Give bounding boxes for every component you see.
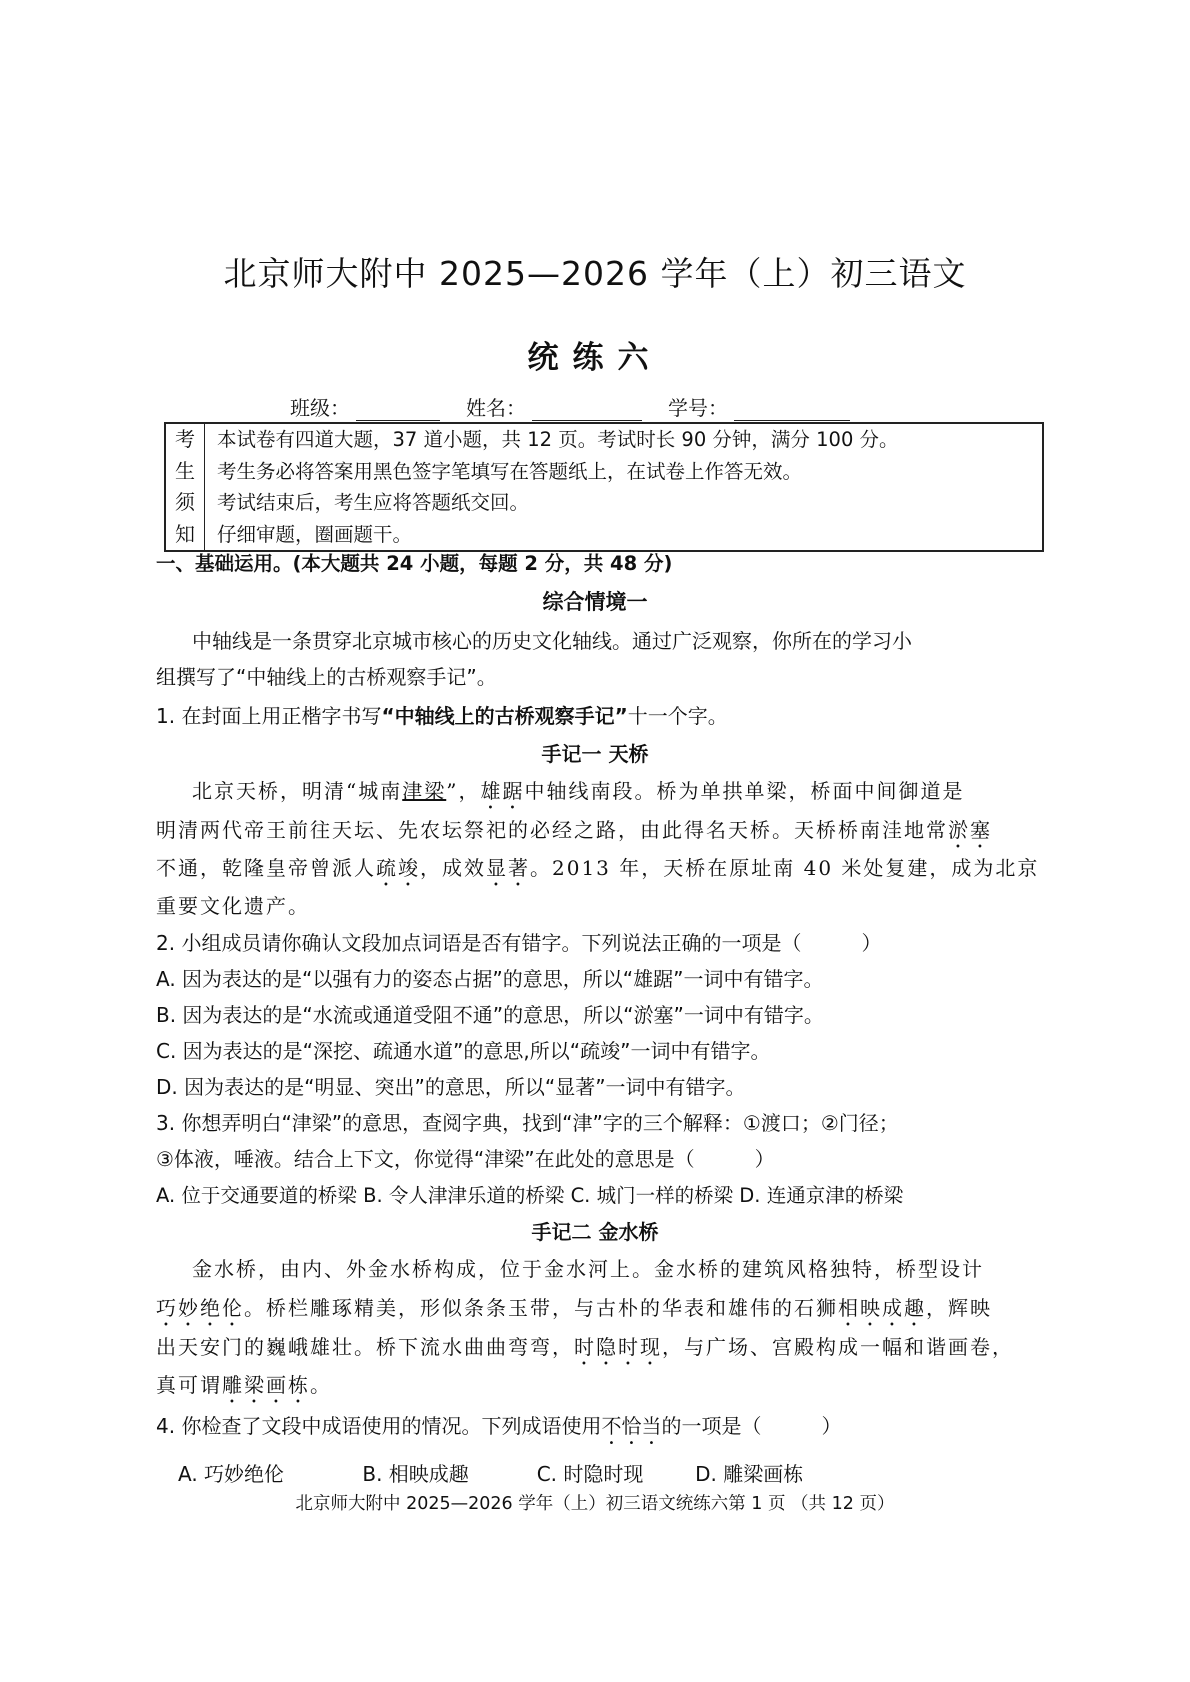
name-blank[interactable] xyxy=(532,400,642,421)
dotted-idiom-diaoliánghuadong: 雕梁画栋 xyxy=(222,1373,310,1397)
dotted-idiom-qiaomiaojuelun: 巧妙绝伦 xyxy=(156,1296,244,1320)
q4-option-d[interactable]: D. 雕梁画栋 xyxy=(695,1458,803,1487)
notice-row: 知 仔细审题，圈画题干。 xyxy=(166,519,1042,551)
class-field[interactable]: 班级： xyxy=(290,392,440,421)
notice-side-label: 知 xyxy=(166,519,205,551)
note1-line: 不通，乾隆皇帝曾派人疏竣，成效显著。2013 年，天桥在原址南 40 米处复建，… xyxy=(156,852,1039,891)
notice-side-label: 考 xyxy=(166,424,205,456)
note2-title: 手记二 金水桥 xyxy=(0,1216,1190,1245)
note1-line: 重要文化遗产。 xyxy=(156,890,310,919)
note2-line: 真可谓雕梁画栋。 xyxy=(156,1369,332,1408)
exam-subtitle: 统练六 xyxy=(0,332,1190,377)
q4-options: A. 巧妙绝伦 B. 相映成趣 C. 时隐时现 D. 雕梁画栋 xyxy=(178,1458,803,1487)
dotted-word-yuse: 淤塞 xyxy=(948,818,992,842)
dotted-idiom-xiangyingchengqu: 相映成趣 xyxy=(838,1296,926,1320)
exam-title: 北京师大附中 2025—2026 学年（上）初三语文 xyxy=(0,248,1190,295)
q1-suffix: 十一个字。 xyxy=(628,704,728,728)
student-info-fields: 班级： 姓名： 学号： xyxy=(290,392,850,421)
context-title: 综合情境一 xyxy=(0,586,1190,616)
note1-line: 北京天桥，明清“城南津梁”，雄踞中轴线南段。桥为单拱单梁，桥面中间御道是 xyxy=(192,775,964,814)
name-label: 姓名： xyxy=(466,392,526,421)
class-label: 班级： xyxy=(290,392,350,421)
student-id-label: 学号： xyxy=(668,392,728,421)
page-footer: 北京师大附中 2025—2026 学年（上）初三语文统练六第 1 页 （共 12… xyxy=(0,1490,1190,1515)
q4-option-b[interactable]: B. 相映成趣 xyxy=(362,1458,530,1487)
notice-line: 本试卷有四道大题，37 道小题，共 12 页。考试时长 90 分钟，满分 100… xyxy=(205,424,1043,456)
q2-option-a[interactable]: A. 因为表达的是“以强有力的姿态占据”的意思，所以“雄踞”一词中有错字。 xyxy=(156,963,824,992)
question-4-stem: 4. 你检查了文段中成语使用的情况。下列成语使用不恰当的一项是（ ） xyxy=(156,1410,841,1449)
note2-line: 金水桥，由内、外金水桥构成，位于金水河上。金水桥的建筑风格独特，桥型设计 xyxy=(192,1253,984,1282)
notice-row: 须 考试结束后，考生应将答题纸交回。 xyxy=(166,487,1042,519)
q1-prefix: 1. 在封面上用正楷字书写 xyxy=(156,704,381,728)
q2-option-b[interactable]: B. 因为表达的是“水流或通道受阻不通”的意思，所以“淤塞”一词中有错字。 xyxy=(156,999,824,1028)
dotted-word-buqiadang: 不恰当 xyxy=(601,1414,661,1438)
section-heading: 一、基础运用。(本大题共 24 小题，每题 2 分，共 48 分) xyxy=(156,548,672,576)
q1-target-text: “中轴线上的古桥观察手记” xyxy=(381,704,627,728)
intro-paragraph-line: 中轴线是一条贯穿北京城市核心的历史文化轴线。通过广泛观察，你所在的学习小 xyxy=(192,625,912,654)
q2-option-d[interactable]: D. 因为表达的是“明显、突出”的意思，所以“显著”一词中有错字。 xyxy=(156,1071,746,1100)
notice-line: 仔细审题，圈画题干。 xyxy=(205,519,1043,551)
note2-line: 出天安门的巍峨雄壮。桥下流水曲曲弯弯，时隐时现，与广场、宫殿构成一幅和谐画卷， xyxy=(156,1331,1014,1370)
dotted-word-shujun: 疏竣 xyxy=(376,856,420,880)
notice-line: 考试结束后，考生应将答题纸交回。 xyxy=(205,487,1043,519)
q3-options[interactable]: A. 位于交通要道的桥梁 B. 令人津津乐道的桥梁 C. 城门一样的桥梁 D. … xyxy=(156,1180,903,1208)
notice-row: 考 本试卷有四道大题，37 道小题，共 12 页。考试时长 90 分钟，满分 1… xyxy=(166,424,1042,456)
notice-side-label: 须 xyxy=(166,487,205,519)
notice-line: 考生务必将答案用黑色签字笔填写在答题纸上，在试卷上作答无效。 xyxy=(205,456,1043,488)
dotted-word-xianzhu: 显著 xyxy=(486,856,530,880)
notice-row: 生 考生务必将答案用黑色签字笔填写在答题纸上，在试卷上作答无效。 xyxy=(166,456,1042,488)
dotted-idiom-shiyinshixian: 时隐时现 xyxy=(574,1335,662,1359)
intro-paragraph-line: 组撰写了“中轴线上的古桥观察手记”。 xyxy=(156,661,497,690)
notice-side-label: 生 xyxy=(166,456,205,488)
name-field[interactable]: 姓名： xyxy=(466,392,642,421)
student-id-blank[interactable] xyxy=(734,400,850,421)
q4-option-a[interactable]: A. 巧妙绝伦 xyxy=(178,1458,356,1487)
dotted-word-xiongju: 雄踞 xyxy=(480,779,524,803)
q2-option-c[interactable]: C. 因为表达的是“深挖、疏通水道”的意思,所以“疏竣”一词中有错字。 xyxy=(156,1035,770,1064)
note1-title: 手记一 天桥 xyxy=(0,738,1190,767)
question-3-stem: 3. 你想弄明白“津梁”的意思，查阅字典，找到“津”字的三个解释：①渡口；②门径… xyxy=(156,1107,899,1136)
class-blank[interactable] xyxy=(356,400,440,421)
exam-notice-box: 考 本试卷有四道大题，37 道小题，共 12 页。考试时长 90 分钟，满分 1… xyxy=(164,422,1044,552)
note1-line: 明清两代帝王前往天坛、先农坛祭祀的必经之路，由此得名天桥。天桥桥南洼地常淤塞 xyxy=(156,814,992,853)
question-3-stem-cont: ③体液，唾液。结合上下文，你觉得“津梁”在此处的意思是（ ） xyxy=(156,1143,775,1172)
question-1: 1. 在封面上用正楷字书写“中轴线上的古桥观察手记”十一个字。 xyxy=(156,700,728,729)
q4-option-c[interactable]: C. 时隐时现 xyxy=(537,1458,689,1487)
underlined-word-jinliang: 津梁 xyxy=(402,779,446,803)
note2-line: 巧妙绝伦。桥栏雕琢精美，形似条条玉带，与古朴的华表和雄伟的石狮相映成趣，辉映 xyxy=(156,1292,992,1331)
student-id-field[interactable]: 学号： xyxy=(668,392,850,421)
question-2-stem: 2. 小组成员请你确认文段加点词语是否有错字。下列说法正确的一项是（ ） xyxy=(156,927,881,956)
